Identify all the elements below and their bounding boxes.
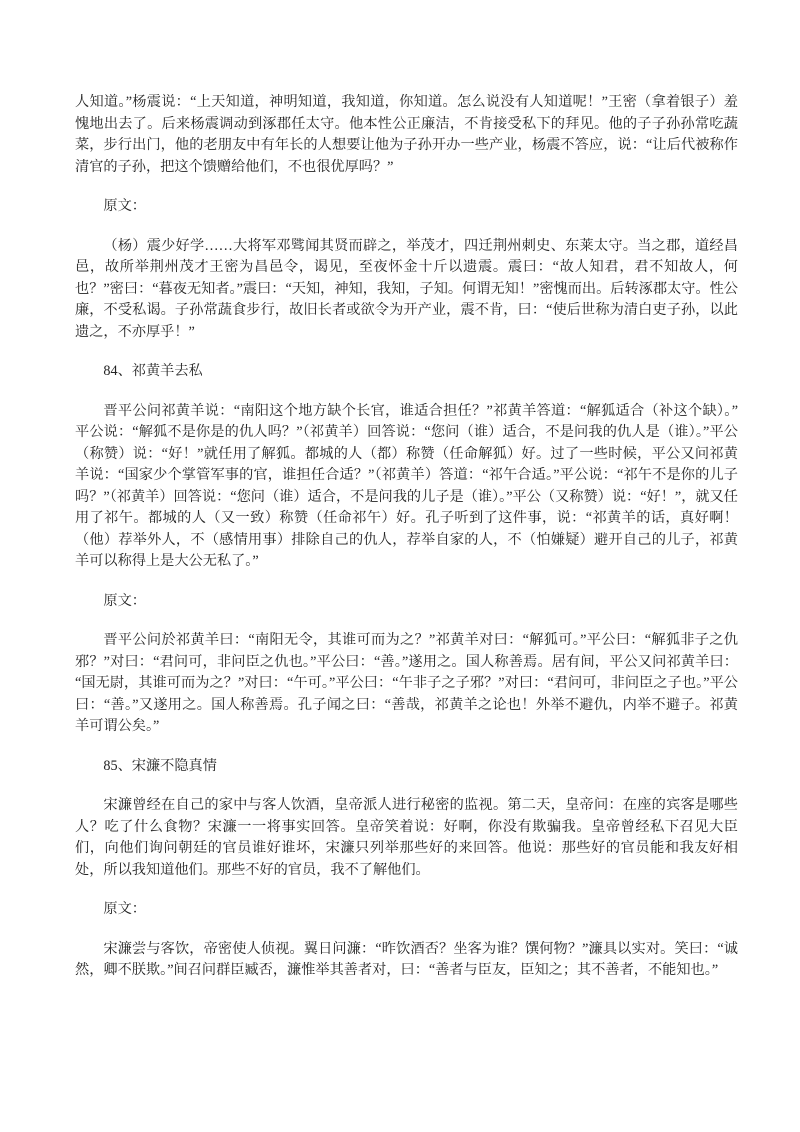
section-heading-85: 85、宋濂不隐真情 (75, 756, 738, 778)
original-text-qi-huangyang: 晋平公问於祁黄羊曰：“南阳无令，其谁可而为之？”祁黄羊对曰：“解狐可。”平公曰：… (75, 630, 738, 738)
yuanwen-label-2: 原文： (75, 591, 738, 613)
original-text-yang-zhen: （杨）震少好学……大将军邓骘闻其贤而辟之，举茂才，四迁荆州刺史、东莱太守。当之郡… (75, 236, 738, 344)
yuanwen-label-1: 原文： (75, 196, 738, 218)
translation-paragraph-song-lian: 宋濂曾经在自己的家中与客人饮酒，皇帝派人进行秘密的监视。第二天，皇帝问：在座的宾… (75, 795, 738, 881)
document-page: 人知道。”杨震说：“上天知道，神明知道，我知道，你知道。怎么说没有人知道呢！”王… (0, 0, 800, 1132)
translation-paragraph-yang-zhen-continuation: 人知道。”杨震说：“上天知道，神明知道，我知道，你知道。怎么说没有人知道呢！”王… (75, 92, 738, 178)
yuanwen-label-3: 原文： (75, 899, 738, 921)
translation-paragraph-qi-huangyang: 晋平公问祁黄羊说：“南阳这个地方缺个长官，谁适合担任？”祁黄羊答道：“解狐适合（… (75, 401, 738, 573)
document-body: 人知道。”杨震说：“上天知道，神明知道，我知道，你知道。怎么说没有人知道呢！”王… (75, 92, 738, 982)
section-heading-84: 84、祁黄羊去私 (75, 361, 738, 383)
original-text-song-lian: 宋濂尝与客饮，帝密使人侦视。翼日问濂：“昨饮酒否？坐客为谁？馔何物？”濂具以实对… (75, 939, 738, 982)
